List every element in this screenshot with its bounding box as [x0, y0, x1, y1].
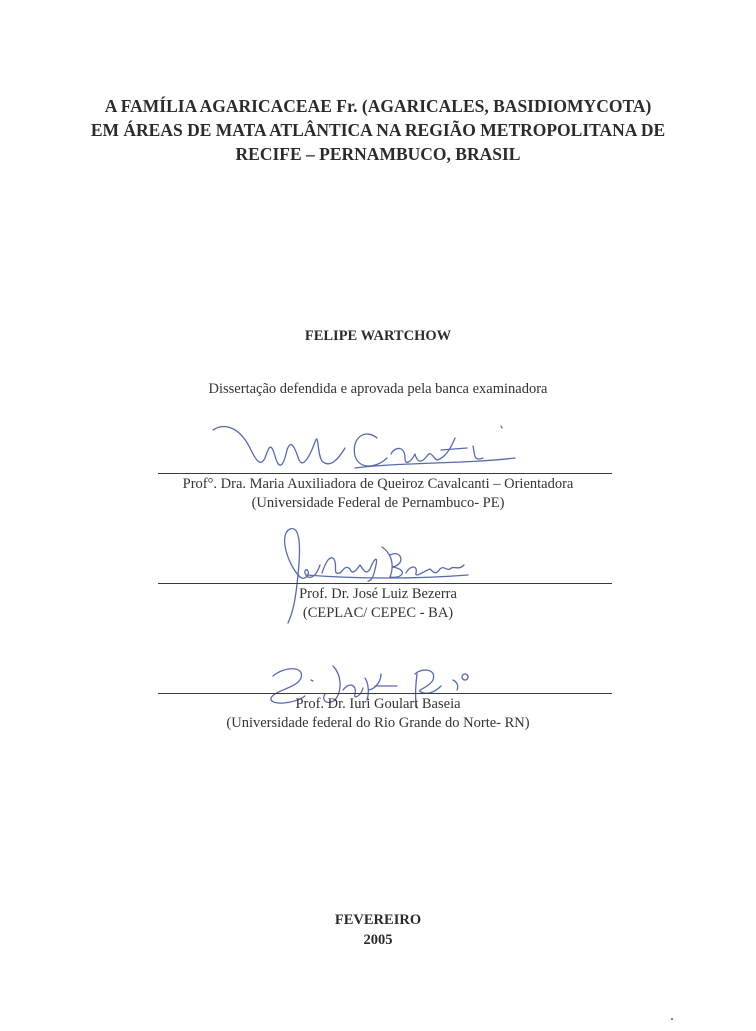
signature-line-2 [158, 583, 612, 584]
examiner-1-institution: (Universidade Federal de Pernambuco- PE) [0, 494, 756, 513]
title-line-3: RECIFE – PERNAMBUCO, BRASIL [0, 142, 756, 166]
signature-line-3 [158, 693, 612, 694]
author-name: FELIPE WARTCHOW [0, 328, 756, 345]
examiner-3-name: Prof. Dr. Iuri Goulart Baseia [0, 695, 756, 714]
examiner-1-name: Prof°. Dra. Maria Auxiliadora de Queiroz… [0, 475, 756, 494]
defense-date: FEVEREIRO 2005 [0, 910, 756, 950]
date-year: 2005 [0, 930, 756, 950]
title-line-1: A FAMÍLIA AGARICACEAE Fr. (AGARICALES, B… [0, 94, 756, 118]
examiner-2-institution: (CEPLAC/ CEPEC - BA) [0, 604, 756, 623]
examiner-2-name: Prof. Dr. José Luiz Bezerra [0, 585, 756, 604]
scan-speck [671, 1018, 673, 1020]
dissertation-title: A FAMÍLIA AGARICACEAE Fr. (AGARICALES, B… [0, 94, 756, 166]
signature-cavalcanti [205, 418, 525, 478]
examiner-3-institution: (Universidade federal do Rio Grande do N… [0, 714, 756, 733]
approval-statement: Dissertação defendida e aprovada pela ba… [0, 381, 756, 398]
date-month: FEVEREIRO [0, 910, 756, 930]
signature-line-1 [158, 473, 612, 474]
title-line-2: EM ÁREAS DE MATA ATLÂNTICA NA REGIÃO MET… [0, 118, 756, 142]
